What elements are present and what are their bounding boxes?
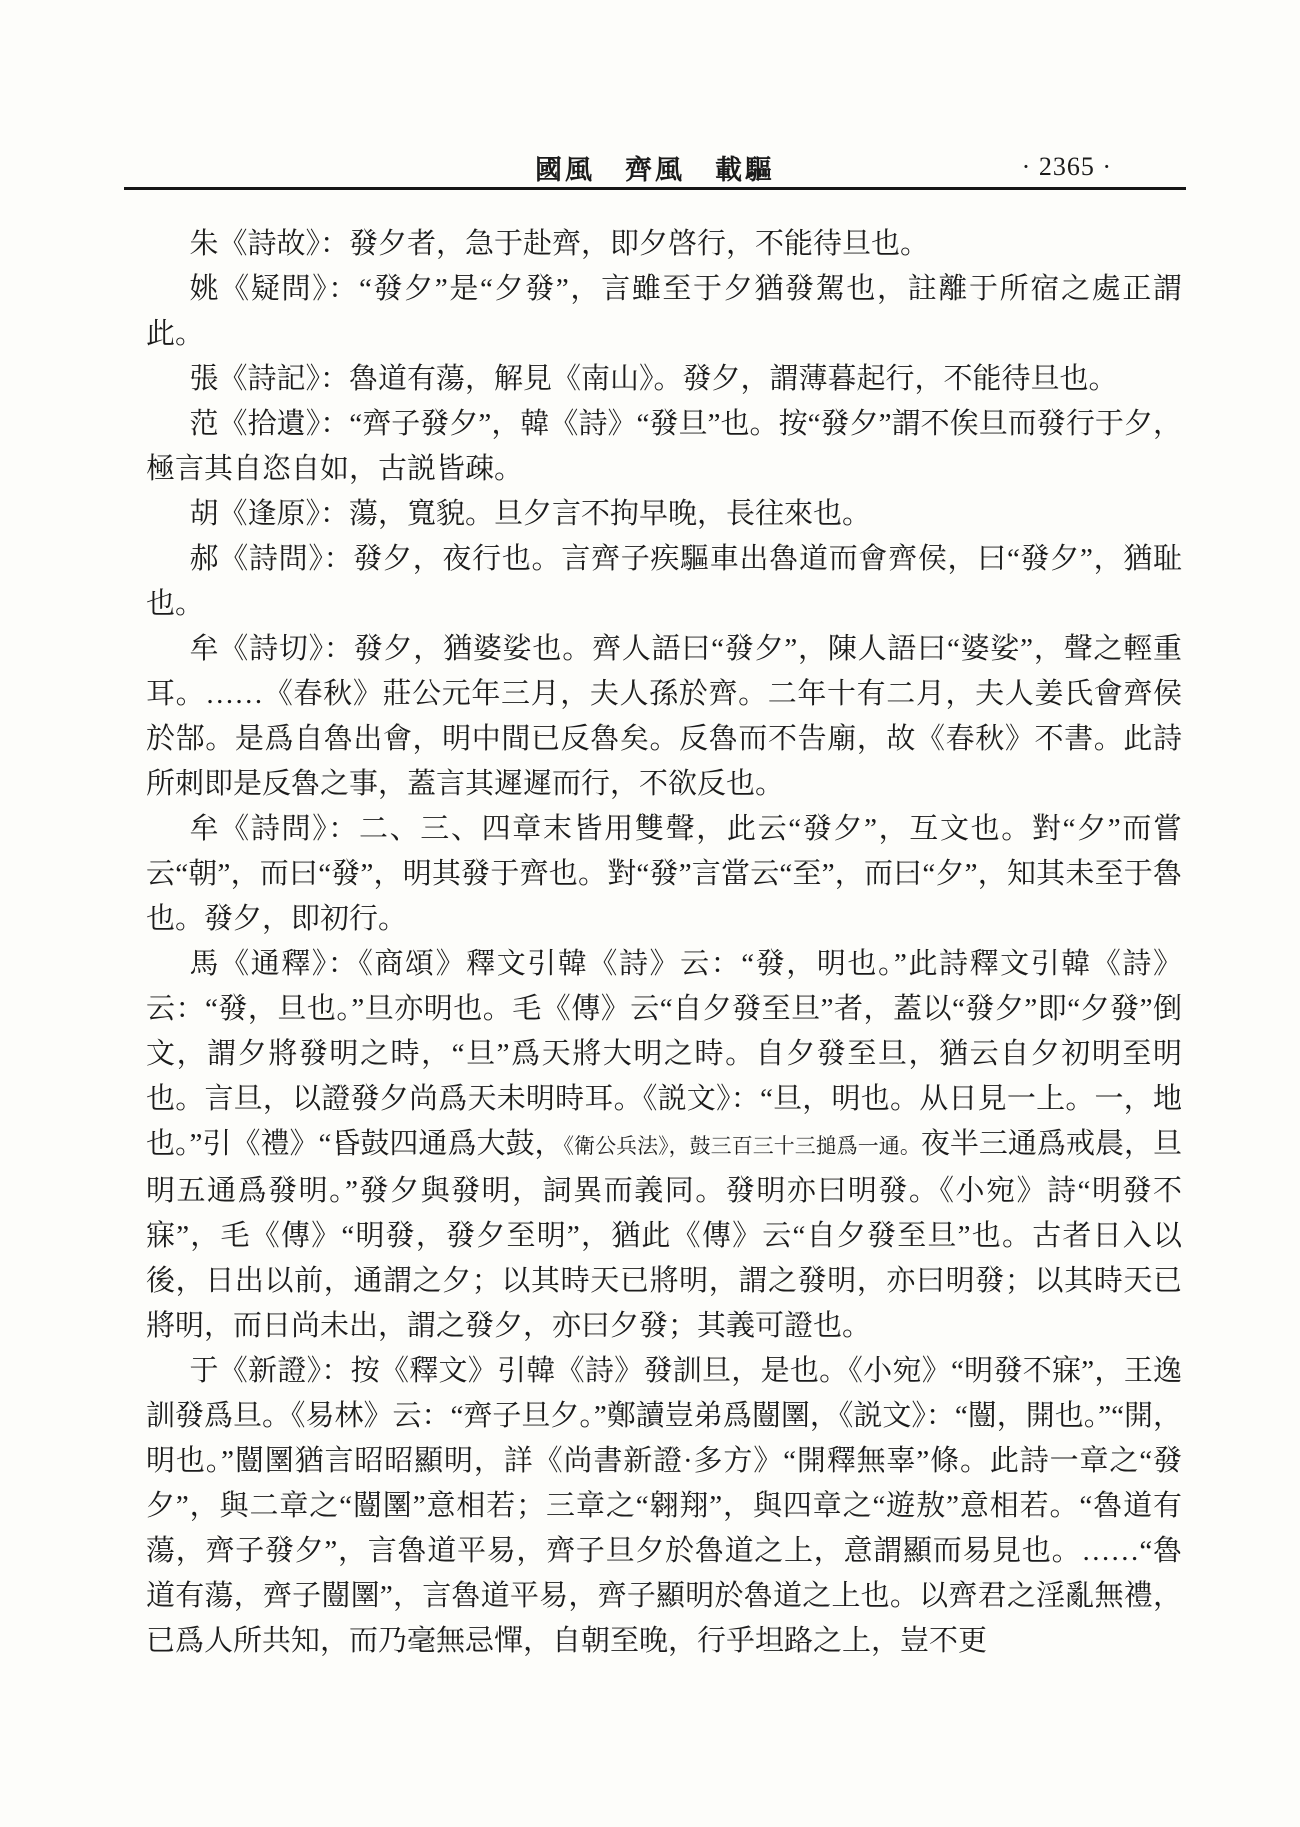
paragraph: 張《詩記》：魯道有蕩，解見《南山》。發夕，謂薄暮起行，不能待旦也。 — [146, 357, 1182, 402]
paragraph: 范《拾遺》：“齊子發夕”，韓《詩》“發旦”也。按“發夕”謂不俟旦而發行于夕，極言… — [146, 402, 1182, 492]
paragraph: 牟《詩切》：發夕，猶婆娑也。齊人語曰“發夕”，陳人語曰“婆娑”，聲之輕重耳。……… — [146, 627, 1182, 807]
paragraph: 于《新證》：按《釋文》引韓《詩》發訓旦，是也。《小宛》“明發不寐”，王逸訓發爲旦… — [146, 1349, 1182, 1664]
paragraph: 郝《詩問》：發夕，夜行也。言齊子疾驅車出魯道而會齊侯，曰“發夕”，猶耻也。 — [146, 537, 1182, 627]
inline-note-small: 《衛公兵法》，鼓三百三十三搥爲一通。 — [564, 1134, 921, 1158]
paragraph: 馬《通釋》：《商頌》釋文引韓《詩》云：“發，明也。”此詩釋文引韓《詩》云：“發，… — [146, 942, 1182, 1349]
text-run: 姚《疑問》：“發夕”是“夕發”，言雖至于夕猶發駕也，註離于所宿之處正謂此。 — [146, 273, 1182, 350]
text-run: 張《詩記》：魯道有蕩，解見《南山》。發夕，謂薄暮起行，不能待旦也。 — [190, 363, 1118, 395]
body-text: 朱《詩故》：發夕者，急于赴齊，即夕啓行，不能待旦也。姚《疑問》：“發夕”是“夕發… — [146, 222, 1182, 1664]
text-run: 胡《逢原》：蕩，寬貌。旦夕言不拘早晚，長往來也。 — [190, 498, 872, 530]
header-rule-divider — [124, 187, 1186, 190]
text-run: 范《拾遺》：“齊子發夕”，韓《詩》“發旦”也。按“發夕”謂不俟旦而發行于夕，極言… — [146, 408, 1182, 485]
text-run: 朱《詩故》：發夕者，急于赴齊，即夕啓行，不能待旦也。 — [190, 228, 930, 260]
text-run: 夜半三通爲戒晨，旦明五通爲發明。”發夕與發明，詞異而義同。發明亦曰明發。《小宛》… — [146, 1128, 1182, 1342]
text-run: 于《新證》：按《釋文》引韓《詩》發訓旦，是也。《小宛》“明發不寐”，王逸訓發爲旦… — [146, 1355, 1182, 1657]
text-run: 郝《詩問》：發夕，夜行也。言齊子疾驅車出魯道而會齊侯，曰“發夕”，猶耻也。 — [146, 543, 1182, 620]
paragraph: 朱《詩故》：發夕者，急于赴齊，即夕啓行，不能待旦也。 — [146, 222, 1182, 267]
paragraph: 胡《逢原》：蕩，寬貌。旦夕言不拘早晚，長往來也。 — [146, 492, 1182, 537]
text-run: 牟《詩切》：發夕，猶婆娑也。齊人語曰“發夕”，陳人語曰“婆娑”，聲之輕重耳。……… — [146, 633, 1182, 800]
page-header: 國風 齊風 載驅 · 2365 · — [128, 148, 1182, 186]
text-run: 牟《詩問》：二、三、四章末皆用雙聲，此云“發夕”，互文也。對“夕”而嘗云“朝”，… — [146, 813, 1182, 935]
page-number: · 2365 · — [1022, 152, 1112, 182]
scanned-book-page: 國風 齊風 載驅 · 2365 · 朱《詩故》：發夕者，急于赴齊，即夕啓行，不能… — [0, 0, 1300, 1827]
paragraph: 姚《疑問》：“發夕”是“夕發”，言雖至于夕猶發駕也，註離于所宿之處正謂此。 — [146, 267, 1182, 357]
paragraph: 牟《詩問》：二、三、四章末皆用雙聲，此云“發夕”，互文也。對“夕”而嘗云“朝”，… — [146, 807, 1182, 942]
